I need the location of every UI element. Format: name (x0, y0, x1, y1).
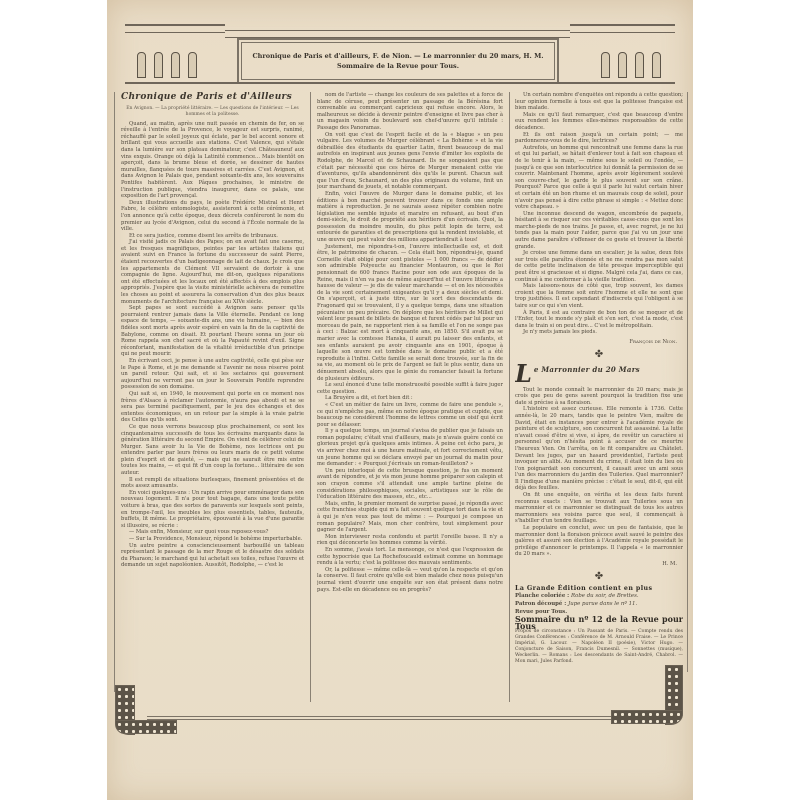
paragraph: Et ils ont raison jusqu'à un certain poi… (515, 132, 683, 145)
toc-line-2: Sommaire de la Revue pour Tous. (337, 61, 459, 71)
paragraph: Un certain nombre d'enquêtés ont répondu… (515, 92, 683, 112)
edition-item: Patron découpé : Jupe parue dans le nº 1… (515, 600, 683, 608)
paragraph: Mais ce qu'il faut remarquer, c'est que … (515, 112, 683, 132)
chronique-subhead: En Avignon. — La propriété littéraire. —… (121, 106, 304, 118)
sommaire-title: Sommaire du nº 12 de la Revue pour Tous (515, 616, 683, 629)
paragraph: — Sur la Providence, Monsieur, répond le… (121, 536, 304, 543)
paragraph: À Paris, il est au contraire de bon ton … (515, 310, 683, 330)
paragraph: Mais laissons-nous de côté que, trop sou… (515, 283, 683, 309)
newspaper-page: Chronique de Paris et d'ailleurs, F. de … (107, 0, 693, 800)
column-1: Chronique de Paris et d'Ailleurs En Avig… (121, 92, 304, 702)
sommaire-body: Propos de circonstance : Un Passant de P… (515, 629, 683, 665)
column-2: nom de l'artiste — change les couleurs d… (317, 92, 503, 702)
paragraph: Il est rempli de situations burlesques, … (121, 477, 304, 490)
paragraph: On fit une enquête, on vérifia et les de… (515, 492, 683, 525)
paragraph: En voici quelques-uns : Un rapin arrive … (121, 490, 304, 530)
table-of-contents-box: Chronique de Paris et d'ailleurs, F. de … (237, 38, 559, 84)
pillar-icon (618, 52, 627, 78)
paragraph: — Mais enfin, Monsieur, sur quoi vous re… (121, 529, 304, 536)
paragraph: Qui sait si, en 1940, le mouvement qui p… (121, 391, 304, 424)
paragraph: La Bruyère a dit, et fort bien dit : (317, 395, 503, 402)
column-3: Un certain nombre d'enquêtés ont répondu… (515, 92, 683, 752)
pillars-left (137, 52, 197, 78)
paragraph: Ce que nous verrons beaucoup plus procha… (121, 424, 304, 477)
pillar-icon (137, 52, 146, 78)
left-margin-rule (114, 92, 115, 692)
paragraph: Le seul énoncé d'une telle monstruosité … (317, 382, 503, 395)
chronique-body: Quand, au matin, après une nuit passée e… (121, 121, 304, 569)
paragraph: Je croise une femme dans un escalier; je… (515, 250, 683, 283)
paragraph: Le populaire en conclut, avec un peu de … (515, 525, 683, 558)
pillar-icon (171, 52, 180, 78)
pillar-icon (601, 52, 610, 78)
pillar-icon (635, 52, 644, 78)
pillar-icon (154, 52, 163, 78)
column-divider (509, 92, 510, 702)
header-base-rule (125, 82, 675, 84)
bottom-rule (147, 716, 613, 720)
pillar-icon (188, 52, 197, 78)
chronique-signature: François de Nion. (515, 339, 677, 346)
paragraph: On voit que c'est de l'esprit facile et … (317, 132, 503, 191)
right-margin-rule (687, 92, 688, 672)
header-ornament-center (225, 30, 570, 38)
corner-ornament-left (115, 720, 177, 734)
header-frame: Chronique de Paris et d'ailleurs, F. de … (125, 28, 675, 84)
paragraph: En écrivant ceci, je pense à une autre c… (121, 358, 304, 391)
chronique-body-end: Un certain nombre d'enquêtés ont répondu… (515, 92, 683, 336)
header-ornament-left (125, 24, 225, 33)
toc-line-1: Chronique de Paris et d'ailleurs, F. de … (252, 51, 543, 61)
header-ornament-right (570, 24, 675, 33)
paragraph: En somme, j'avais tort. Le mensonge, ce … (317, 547, 503, 567)
fleuron-icon: ✤ (515, 571, 683, 583)
paragraph: Sept papes se sont succédé à Avignon san… (121, 305, 304, 358)
paragraph: Mais, enfin, le premier moment de surpri… (317, 501, 503, 534)
marronnier-heading: L e Marronnier du 20 Mars (515, 364, 683, 384)
paragraph: Une inconnue descend de wagon, encombrée… (515, 211, 683, 251)
paragraph: Un autre peintre a consciencieusement ba… (121, 543, 304, 569)
paragraph: Il y a quelque temps, un journal s'avisa… (317, 428, 503, 468)
pillars-right (601, 52, 661, 78)
paragraph: Deux illustrations du pays, le poète Fré… (121, 200, 304, 233)
edition-title: La Grande Édition contient en plus (515, 586, 683, 593)
paragraph: Un peu interloqué de cette brusque quest… (317, 468, 503, 501)
paragraph: Tout le monde connaît le marronnier du 2… (515, 387, 683, 407)
paragraph: Justement, me répondra-t-on, l'œuvre int… (317, 244, 503, 382)
edition-item: Planche coloriée : Robe du soir, de Bret… (515, 592, 683, 600)
paragraph: Or, la politesse — même celle-là — veut … (317, 567, 503, 593)
paragraph: nom de l'artiste — change les couleurs d… (317, 92, 503, 132)
column-divider (310, 92, 311, 702)
marronnier-title: e Marronnier du 20 Mars (534, 365, 640, 374)
paragraph: Enfin, voici l'œuvre de Murger dans le d… (317, 191, 503, 244)
corner-ornament-right (611, 710, 683, 724)
pillar-icon (652, 52, 661, 78)
fleuron-icon: ✤ (515, 349, 683, 361)
marronnier-signature: H. M. (515, 561, 677, 568)
paragraph: L'histoire est assez curieuse. Elle remo… (515, 406, 683, 492)
paragraph: Je n'y mets jamais les pieds. (515, 329, 683, 336)
marronnier-body: Tout le monde connaît le marronnier du 2… (515, 387, 683, 558)
drop-cap: L (515, 364, 532, 384)
paragraph: Autrefois, un homme qui rencontrait une … (515, 145, 683, 211)
paragraph: Mon interviewer resta confondu et partit… (317, 534, 503, 547)
chronique-title: Chronique de Paris et d'Ailleurs (121, 92, 304, 103)
paragraph: « C'est un métier de faire un livre, com… (317, 402, 503, 428)
paragraph: Quand, au matin, après une nuit passée e… (121, 121, 304, 200)
paragraph: J'ai visité jadis ce Palais des Papes; o… (121, 239, 304, 305)
chronique-body-continued: nom de l'artiste — change les couleurs d… (317, 92, 503, 593)
edition-items: Planche coloriée : Robe du soir, de Bret… (515, 592, 683, 616)
